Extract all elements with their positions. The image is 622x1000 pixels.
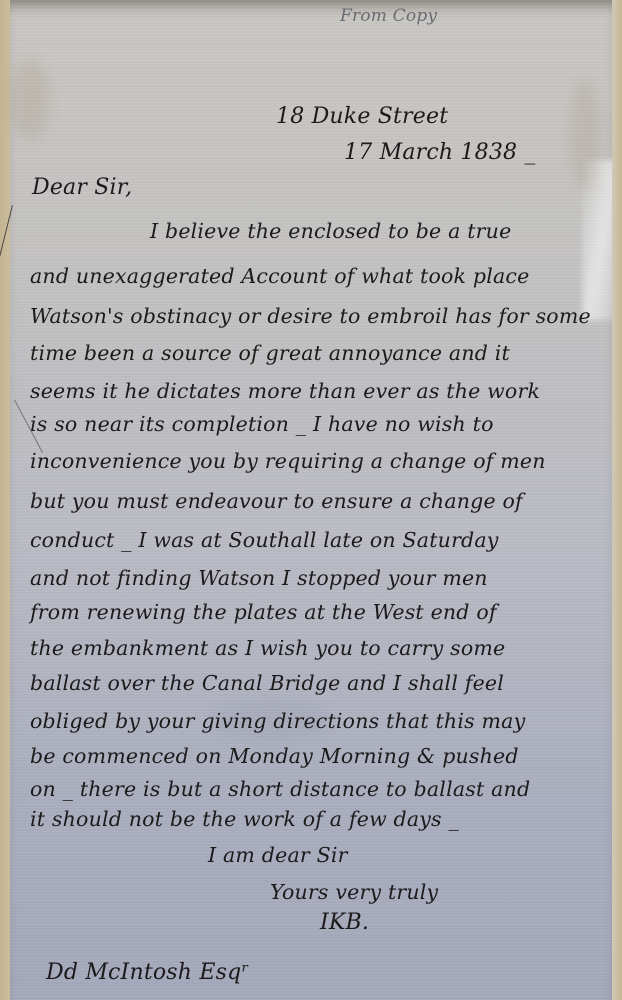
body-line: inconvenience you by requiring a change … bbox=[30, 449, 546, 473]
body-line: it should not be the work of a few days … bbox=[30, 807, 459, 831]
paper-stain bbox=[10, 60, 50, 140]
body-line: time been a source of great annoyance an… bbox=[30, 341, 510, 365]
body-line: from renewing the plates at the West end… bbox=[30, 600, 497, 624]
body-line: on _ there is but a short distance to ba… bbox=[30, 777, 530, 801]
body-line: but you must endeavour to ensure a chang… bbox=[30, 489, 523, 513]
body-line: seems it he dictates more than ever as t… bbox=[30, 379, 540, 403]
body-line: conduct _ I was at Southall late on Satu… bbox=[30, 528, 499, 552]
mount-edge bbox=[612, 0, 622, 1000]
body-line: the embankment as I wish you to carry so… bbox=[30, 636, 505, 660]
body-line: is so near its completion _ I have no wi… bbox=[30, 412, 494, 436]
sender-address: 18 Duke Street bbox=[276, 104, 448, 129]
body-line: ballast over the Canal Bridge and I shal… bbox=[30, 671, 504, 695]
closing-line: Yours very truly bbox=[270, 880, 438, 904]
signature: IKB. bbox=[320, 910, 369, 935]
closing-line: I am dear Sir bbox=[208, 843, 348, 867]
body-line: I believe the enclosed to be a true bbox=[150, 219, 511, 243]
body-line: and unexaggerated Account of what took p… bbox=[30, 264, 529, 288]
body-line: obliged by your giving directions that t… bbox=[30, 709, 525, 733]
body-line: be commenced on Monday Morning & pushed bbox=[30, 744, 519, 768]
body-line: Watson's obstinacy or desire to embroil … bbox=[30, 304, 591, 328]
letter-date: 17 March 1838 _ bbox=[344, 140, 536, 165]
body-line: and not finding Watson I stopped your me… bbox=[30, 566, 488, 590]
recipient-name: Dd McIntosh Esqʳ bbox=[46, 960, 249, 985]
pencil-annotation: From Copy bbox=[340, 6, 437, 26]
salutation: Dear Sir, bbox=[32, 175, 132, 200]
